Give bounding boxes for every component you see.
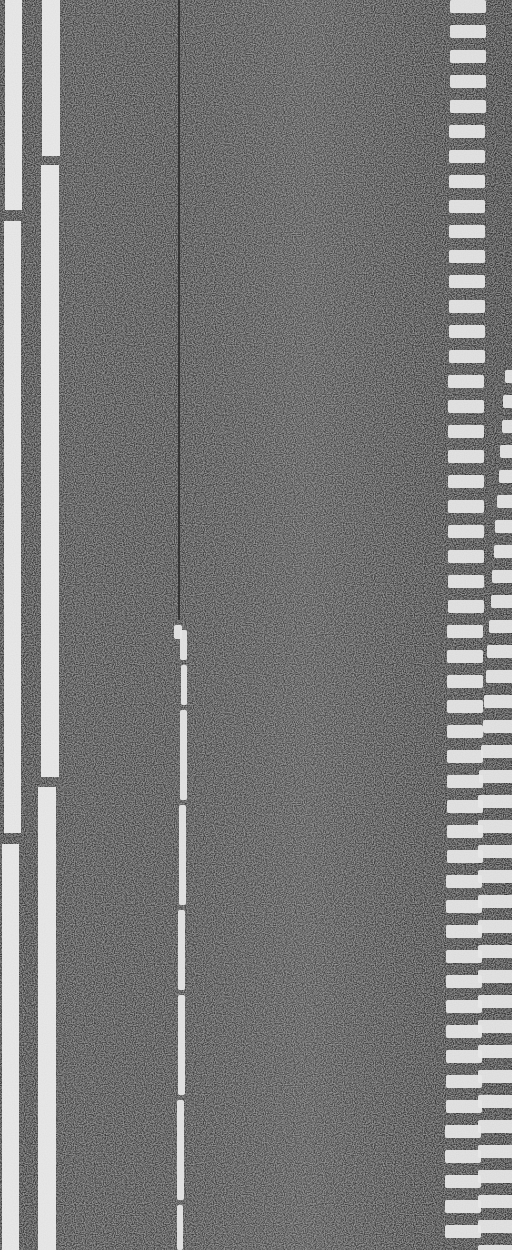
outer-dash (478, 1195, 512, 1208)
outer-dash (478, 795, 512, 808)
road-aerial-image (0, 0, 512, 1250)
outer-dash (478, 820, 512, 833)
outer-dash (478, 845, 512, 858)
outer-dash (479, 770, 512, 783)
outer-dash (505, 370, 512, 383)
outer-dash (503, 395, 512, 408)
outer-dash (481, 745, 512, 758)
right-outer-dashes (0, 0, 512, 1250)
outer-dash (478, 1245, 512, 1250)
outer-dash (478, 1045, 512, 1058)
outer-dash (478, 1070, 512, 1083)
outer-dash (487, 645, 512, 658)
outer-dash (484, 695, 512, 708)
outer-dash (500, 445, 512, 458)
outer-dash (478, 1145, 512, 1158)
outer-dash (478, 945, 512, 958)
outer-dash (478, 1020, 512, 1033)
outer-dash (497, 495, 512, 508)
outer-dash (478, 870, 512, 883)
outer-dash (478, 970, 512, 983)
outer-dash (478, 995, 512, 1008)
outer-dash (491, 595, 512, 608)
outer-dash (478, 1095, 512, 1108)
outer-dash (502, 420, 512, 433)
outer-dash (478, 1120, 512, 1133)
outer-dash (483, 720, 512, 733)
outer-dash (494, 545, 512, 558)
outer-dash (478, 1220, 512, 1233)
outer-dash (499, 470, 512, 483)
outer-dash (478, 895, 512, 908)
outer-dash (478, 1170, 512, 1183)
outer-dash (495, 520, 512, 533)
outer-dash (489, 620, 512, 633)
outer-dash (478, 920, 512, 933)
outer-dash (486, 670, 512, 683)
outer-dash (492, 570, 512, 583)
